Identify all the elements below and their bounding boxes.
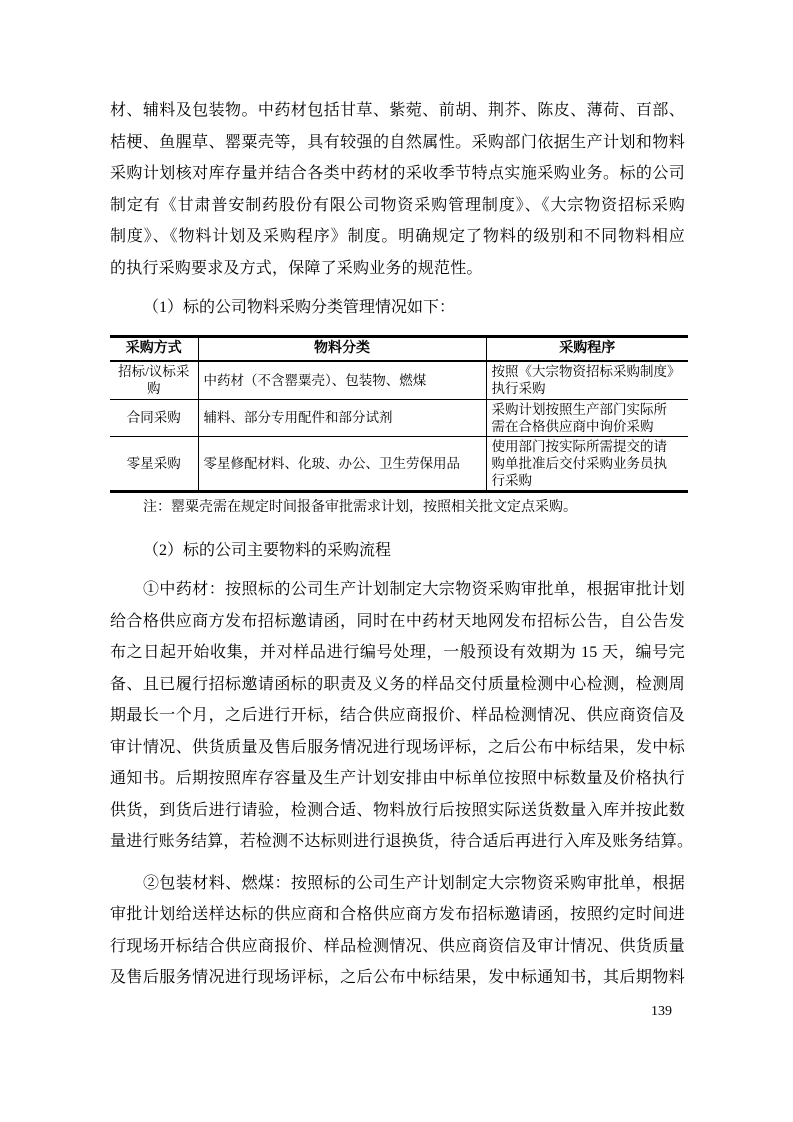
- flow-paragraph-packaging: ②包装材料、燃煤：按照标的公司生产计划制定大宗物资采购审批单，根据 审批计划给送…: [110, 868, 685, 994]
- section-1-heading: （1）标的公司物料采购分类管理情况如下：: [110, 292, 685, 324]
- body-line: 通知书。后期按照库存容量及生产计划安排由中标单位按照中标数量及价格执行: [110, 763, 685, 795]
- procurement-classification-table: 采购方式 物料分类 采购程序 招标/议标采购 中药材（不含罂粟壳）、包装物、燃煤…: [110, 335, 688, 493]
- body-line: 布之日起开始收集，并对样品进行编号处理，一般预设有效期为 15 天，编号完: [110, 637, 685, 669]
- body-line: 桔梗、鱼腥草、罂粟壳等，具有较强的自然属性。采购部门依据生产计划和物料: [110, 127, 685, 159]
- page-number: 139: [651, 1003, 672, 1021]
- body-line: 审计情况、供货质量及售后服务情况进行现场评标，之后公布中标结果，发中标: [110, 732, 685, 764]
- body-line: ②包装材料、燃煤：按照标的公司生产计划制定大宗物资采购审批单，根据: [110, 868, 685, 900]
- column-header-procedure: 采购程序: [486, 336, 688, 361]
- body-line: 量进行账务结算，若检测不达标则进行退换货，待合适后再进行入库及账务结算。: [110, 826, 685, 858]
- cell-category: 零星修配材料、化玻、办公、卫生劳保用品: [198, 436, 486, 491]
- page-content: 材、辅料及包装物。中药材包括甘草、紫菀、前胡、荆芥、陈皮、薄荷、百部、 桔梗、鱼…: [110, 95, 685, 994]
- body-line: 及售后服务情况进行现场评标，之后公布中标结果，发中标通知书，其后期物料: [110, 962, 685, 994]
- cell-category: 中药材（不含罂粟壳）、包装物、燃煤: [198, 361, 486, 400]
- table-row: 合同采购 辅料、部分专用配件和部分试剂 采购计划按照生产部门实际所 需在合格供应…: [110, 399, 688, 436]
- body-line: 供货，到货后进行请验，检测合适、物料放行后按照实际送货数量入库并按此数: [110, 795, 685, 827]
- flow-paragraph-herbs: ①中药材：按照标的公司生产计划制定大宗物资采购审批单，根据审批计划 给合格供应商…: [110, 574, 685, 858]
- body-line: 审批计划给送样达标的供应商和合格供应商方发布招标邀请函，按照约定时间进: [110, 899, 685, 931]
- cell-method: 招标/议标采购: [110, 361, 198, 400]
- table-footnote: 注：罂粟壳需在规定时间报备审批需求计划，按照相关批文定点采购。: [143, 498, 685, 518]
- cell-category: 辅料、部分专用配件和部分试剂: [198, 399, 486, 436]
- column-header-category: 物料分类: [198, 336, 486, 361]
- intro-paragraph: 材、辅料及包装物。中药材包括甘草、紫菀、前胡、荆芥、陈皮、薄荷、百部、 桔梗、鱼…: [110, 95, 685, 284]
- body-line: 制定有《甘肃普安制药股份有限公司物资采购管理制度》、《大宗物资招标采购: [110, 190, 685, 222]
- table-header-row: 采购方式 物料分类 采购程序: [110, 336, 688, 361]
- body-line: 采购计划核对库存量并结合各类中药材的采收季节特点实施采购业务。标的公司: [110, 158, 685, 190]
- cell-method: 零星采购: [110, 436, 198, 491]
- body-line: 制度》、《物料计划及采购程序》制度。明确规定了物料的级别和不同物料相应: [110, 221, 685, 253]
- cell-method: 合同采购: [110, 399, 198, 436]
- cell-procedure: 按照《大宗物资招标采购制度》 执行采购: [486, 361, 688, 400]
- body-line: 给合格供应商方发布招标邀请函，同时在中药材天地网发布招标公告，自公告发: [110, 606, 685, 638]
- body-line: 行现场开标结合供应商报价、样品检测情况、供应商资信及审计情况、供货质量: [110, 931, 685, 963]
- body-line: ①中药材：按照标的公司生产计划制定大宗物资采购审批单，根据审批计划: [110, 574, 685, 606]
- section-2-heading: （2）标的公司主要物料的采购流程: [110, 535, 685, 567]
- cell-procedure: 采购计划按照生产部门实际所 需在合格供应商中询价采购: [486, 399, 688, 436]
- table-row: 零星采购 零星修配材料、化玻、办公、卫生劳保用品 使用部门按实际所需提交的请 购…: [110, 436, 688, 491]
- column-header-method: 采购方式: [110, 336, 198, 361]
- body-line: 材、辅料及包装物。中药材包括甘草、紫菀、前胡、荆芥、陈皮、薄荷、百部、: [110, 95, 685, 127]
- document-page: 材、辅料及包装物。中药材包括甘草、紫菀、前胡、荆芥、陈皮、薄荷、百部、 桔梗、鱼…: [0, 0, 793, 1122]
- table-row: 招标/议标采购 中药材（不含罂粟壳）、包装物、燃煤 按照《大宗物资招标采购制度》…: [110, 361, 688, 400]
- body-line: 备、且已履行招标邀请函标的职责及义务的样品交付质量检测中心检测，检测周: [110, 669, 685, 701]
- body-line: 期最长一个月，之后进行开标，结合供应商报价、样品检测情况、供应商资信及: [110, 700, 685, 732]
- body-line: 的执行采购要求及方式，保障了采购业务的规范性。: [110, 253, 685, 285]
- cell-procedure: 使用部门按实际所需提交的请 购单批准后交付采购业务员执 行采购: [486, 436, 688, 491]
